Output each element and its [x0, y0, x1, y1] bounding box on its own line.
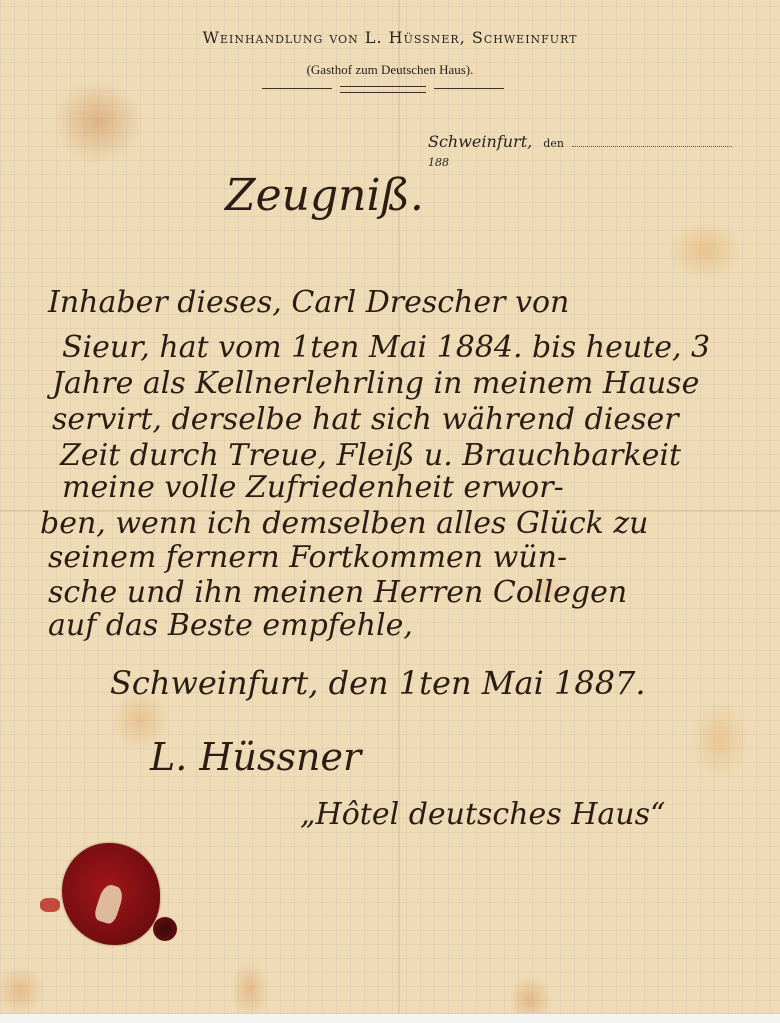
closing-date: Schweinfurt, den 1ten Mai 1887. — [110, 664, 646, 702]
body-line: Sieur, hat vom 1ten Mai 1884. bis heute,… — [62, 330, 710, 365]
form-year-prefix: 188 — [428, 156, 449, 169]
body-line: sche und ihn meinen Herren Collegen — [48, 575, 627, 610]
letterhead-title: Weinhandlung von L. Hüssner, Schweinfurt — [0, 28, 780, 47]
body-line: meine volle Zufriedenheit erwor- — [62, 470, 564, 505]
document-title: Zeugniß. — [225, 170, 424, 221]
form-city: Schweinfurt, — [428, 132, 532, 151]
place-date-form: Schweinfurt, den 188 — [428, 132, 758, 154]
wax-fleck — [40, 898, 60, 912]
body-line: ben, wenn ich demselben alles Glück zu — [40, 506, 648, 541]
page-bottom-edge — [0, 1013, 780, 1023]
body-line: auf das Beste empfehle, — [48, 608, 413, 643]
signature-line-2: „Hôtel deutsches Haus“ — [300, 797, 665, 832]
ornament-divider — [262, 86, 504, 92]
wax-seal — [62, 843, 160, 945]
form-den: den — [543, 137, 564, 150]
body-line: seinem fernern Fortkommen wün- — [48, 540, 567, 575]
signature: L. Hüssner — [150, 735, 361, 779]
body-line: Zeit durch Treue, Fleiß u. Brauchbarkeit — [60, 438, 681, 473]
letterhead-subtitle: (Gasthof zum Deutschen Haus). — [0, 62, 780, 78]
body-line: Inhaber dieses, Carl Drescher von — [48, 285, 569, 320]
form-date-blank — [572, 146, 732, 147]
body-line: servirt, derselbe hat sich während diese… — [52, 402, 679, 437]
wax-drop — [153, 917, 177, 941]
body-line: Jahre als Kellnerlehrling in meinem Haus… — [52, 366, 699, 401]
wax-seal-crack — [93, 883, 126, 926]
